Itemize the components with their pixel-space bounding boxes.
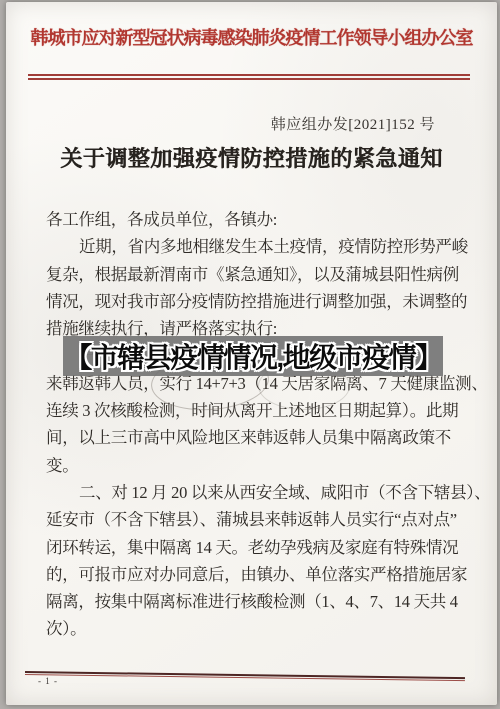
letterhead-org-name: 韩城市应对新型冠状病毒感染肺炎疫情工作领导小组办公室	[16, 24, 487, 50]
body-line: 的，可报市应对办同意后，由镇办、单位落实严格措施居家	[46, 561, 458, 588]
body-line: 连续 3 次核酸检测，时间从离开上述地区日期起算）。此期	[46, 397, 458, 424]
body-line: 复杂，根据最新渭南市《紧急通知》，以及蒲城县阳性病例	[46, 261, 458, 288]
body-line: 延安市（不含下辖县）、蒲城县来韩返韩人员实行“点对点”	[46, 506, 458, 533]
watermark-text: 【市辖县疫情情况,地级市疫情】	[64, 336, 441, 376]
body-line: 闭环转运，集中隔离 14 天。老幼孕残病及家庭有特殊情况	[46, 534, 458, 561]
body-line: 近期，省内多地相继发生本土疫情，疫情防控形势严峻	[46, 233, 458, 260]
document-body: 各工作组，各成员单位，各镇办:近期，省内多地相继发生本土疫情，疫情防控形势严峻复…	[46, 206, 458, 643]
body-line: 隔离，按集中隔离标准进行核酸检测（1、4、7、14 天共 4	[46, 588, 458, 615]
screenshot-root: { "colors": { "header_red": "#b1362f", "…	[0, 0, 500, 709]
footer-rule	[25, 671, 465, 681]
body-line: 变。	[46, 452, 458, 479]
document-title: 关于调整加强疫情防控措施的紧急通知	[6, 142, 497, 173]
body-line: 次）。	[46, 615, 458, 642]
body-line: 各工作组，各成员单位，各镇办:	[46, 206, 458, 233]
letterhead-double-rule	[28, 74, 470, 80]
body-line: 间，以上三市高中风险地区来韩返韩人员集中隔离政策不	[46, 424, 458, 451]
watermark-banner: 【市辖县疫情情况,地级市疫情】	[63, 336, 443, 376]
body-line: 二、对 12 月 20 以来从西安全域、咸阳市（不含下辖县）、	[46, 479, 458, 506]
scanned-document-page: 韩城市应对新型冠状病毒感染肺炎疫情工作领导小组办公室 韩应组办发[2021]15…	[6, 2, 497, 705]
document-number: 韩应组办发[2021]152 号	[6, 113, 435, 134]
page-number: - 1 -	[38, 676, 58, 686]
body-line: 情况，现对我市部分疫情防控措施进行调整加强，未调整的	[46, 288, 458, 315]
